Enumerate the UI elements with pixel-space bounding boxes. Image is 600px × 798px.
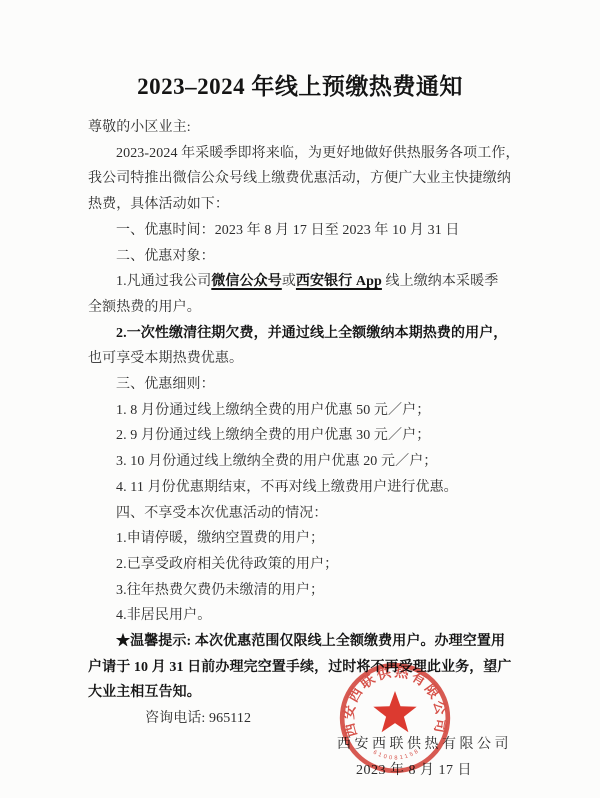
text-segment: 1.凡通过我公司 xyxy=(116,274,211,289)
document-line: ★温馨提示: 本次优惠范围仅限线上全额缴费用户。办理空置用 xyxy=(88,629,512,655)
document-line: 热费，具体活动如下： xyxy=(88,192,512,218)
document-line: 全额热费的用户。 xyxy=(88,295,512,321)
text-segment: 1.申请停暖，缴纳空置费的用户； xyxy=(116,531,324,546)
document-line: 尊敬的小区业主: xyxy=(88,115,512,141)
document-line: 我公司特推出微信公众号线上缴费优惠活动，方便广大业主快捷缴纳 xyxy=(88,166,512,192)
emphasized-underlined-text: 西安银行 App xyxy=(296,274,382,289)
text-segment: 4. 11 月份优惠期结束，不再对线上缴费用户进行优惠。 xyxy=(116,480,458,495)
document-line: 户请于 10 月 31 日前办理完空置手续，过时将不再受理此业务，望广 xyxy=(88,655,512,681)
text-segment: 三、优惠细则： xyxy=(116,377,215,392)
document-line: 1.凡通过我公司微信公众号或西安银行 App 线上缴纳本采暖季 xyxy=(88,269,512,295)
bold-text: 户请于 10 月 31 日前办理完空置手续，过时将不再受理此业务，望广 xyxy=(88,660,512,675)
document-line: 1. 8 月份通过线上缴纳全费的用户优惠 50 元／户； xyxy=(88,398,512,424)
text-segment: 一、优惠时间：2023 年 8 月 17 日至 2023 年 10 月 31 日 xyxy=(116,223,460,238)
document-line: 1.申请停暖，缴纳空置费的用户； xyxy=(88,526,512,552)
bold-text: ★温馨提示: 本次优惠范围仅限线上全额缴费用户。办理空置用 xyxy=(116,634,505,649)
text-segment: 热费，具体活动如下： xyxy=(88,197,229,212)
document-line: 一、优惠时间：2023 年 8 月 17 日至 2023 年 10 月 31 日 xyxy=(88,218,512,244)
text-segment: 四、不享受本次优惠活动的情况： xyxy=(116,506,328,521)
text-segment: 线上缴纳本采暖季 xyxy=(382,274,498,289)
text-segment: 也可享受本期热费优惠。 xyxy=(88,351,243,366)
emphasized-underlined-text: 微信公众号 xyxy=(211,274,282,289)
notice-document: 2023–2024 年线上预缴热费通知 尊敬的小区业主:2023-2024 年采… xyxy=(0,0,600,798)
document-body: 尊敬的小区业主:2023-2024 年采暖季即将来临，为更好地做好供热服务各项工… xyxy=(88,115,512,706)
text-segment: 尊敬的小区业主: xyxy=(88,120,191,135)
document-line: 4.非居民用户。 xyxy=(88,603,512,629)
document-line: 3.往年热费欠费仍未缴清的用户； xyxy=(88,578,512,604)
text-segment: 全额热费的用户。 xyxy=(88,300,201,315)
text-segment: 二、优惠对象： xyxy=(116,249,215,264)
bold-text: 2.一次性缴清往期欠费，并通过线上全额缴纳本期热费的用户， xyxy=(116,326,507,341)
document-line: 2. 9 月份通过线上缴纳全费的用户优惠 30 元／户； xyxy=(88,423,512,449)
document-line: 二、优惠对象： xyxy=(88,244,512,270)
document-line: 四、不享受本次优惠活动的情况： xyxy=(88,501,512,527)
text-segment: 2. 9 月份通过线上缴纳全费的用户优惠 30 元／户； xyxy=(116,428,430,443)
text-segment: 4.非居民用户。 xyxy=(116,608,211,623)
document-line: 4. 11 月份优惠期结束，不再对线上缴费用户进行优惠。 xyxy=(88,475,512,501)
bold-text: 大业主相互告知。 xyxy=(88,685,201,700)
document-line: 2.已享受政府相关优待政策的用户； xyxy=(88,552,512,578)
sign-date: 2023 年 8 月 17 日 xyxy=(88,758,512,784)
document-line: 三、优惠细则： xyxy=(88,372,512,398)
document-line: 2023-2024 年采暖季即将来临，为更好地做好供热服务各项工作， xyxy=(88,141,512,167)
text-segment: 1. 8 月份通过线上缴纳全费的用户优惠 50 元／户； xyxy=(116,403,430,418)
text-segment: 2.已享受政府相关优待政策的用户； xyxy=(116,557,338,572)
text-segment: 或 xyxy=(282,274,296,289)
document-title: 2023–2024 年线上预缴热费通知 xyxy=(88,68,512,101)
text-segment: 2023-2024 年采暖季即将来临，为更好地做好供热服务各项工作， xyxy=(116,146,520,161)
company-signature: 西安西联供热有限公司 xyxy=(88,732,512,758)
text-segment: 3. 10 月份通过线上缴纳全费的用户优惠 20 元／户； xyxy=(116,454,437,469)
document-line: 3. 10 月份通过线上缴纳全费的用户优惠 20 元／户； xyxy=(88,449,512,475)
document-line: 2.一次性缴清往期欠费，并通过线上全额缴纳本期热费的用户， xyxy=(88,321,512,347)
text-segment: 我公司特推出微信公众号线上缴费优惠活动，方便广大业主快捷缴纳 xyxy=(88,171,511,186)
document-line: 也可享受本期热费优惠。 xyxy=(88,346,512,372)
document-line: 大业主相互告知。 xyxy=(88,680,512,706)
text-segment: 3.往年热费欠费仍未缴清的用户； xyxy=(116,583,324,598)
consult-phone: 咨询电话: 965112 xyxy=(88,706,512,732)
